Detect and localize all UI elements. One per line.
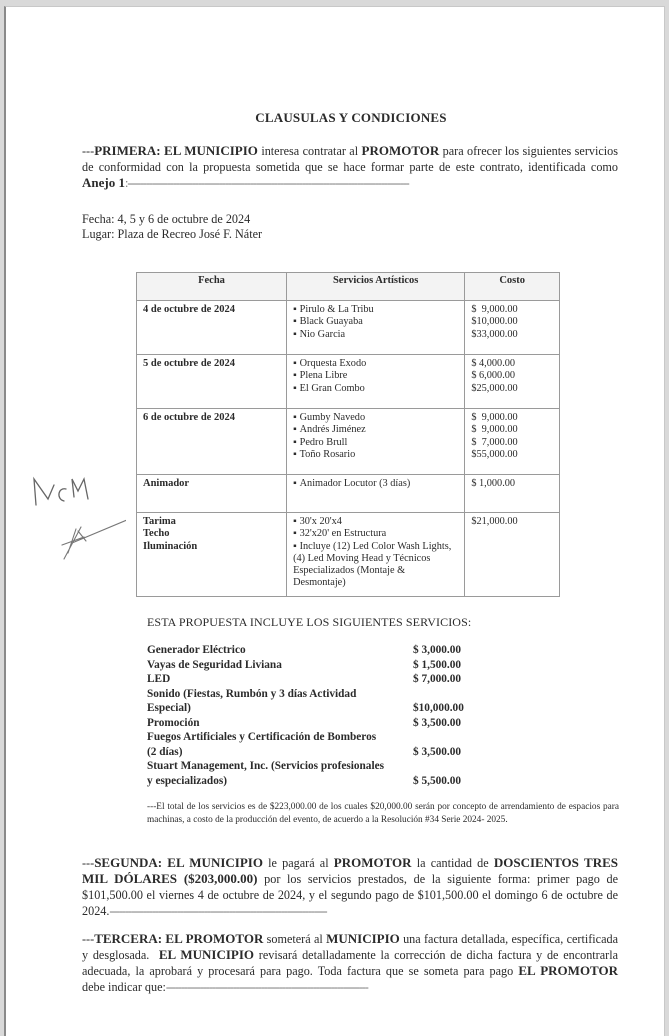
service-item: El Gran Combo (293, 383, 458, 395)
cost-value: $ 7,000.00 (471, 437, 553, 449)
item-price: $ 3,500.00 (413, 745, 477, 760)
item-price: $10,000.00 (413, 701, 477, 716)
row-services: Orquesta Exodo Plena Libre El Gran Combo (287, 355, 465, 409)
party-name: EL MUNICIPIO (159, 947, 254, 962)
service-item: Incluye (12) Led Color Wash Lights, (4) … (293, 541, 458, 590)
anejo-reference: Anejo 1 (82, 175, 125, 190)
row-date: 6 de octubre de 2024 (137, 409, 287, 475)
page-title: CLAUSULAS Y CONDICIONES (6, 110, 669, 126)
cost-value: $ 6,000.00 (471, 370, 553, 382)
document-page: CLAUSULAS Y CONDICIONES ---PRIMERA: EL M… (4, 6, 665, 1023)
item-name: Stuart Management, Inc. (Servicios profe… (147, 759, 387, 788)
list-item: Fuegos Artificiales y Certificación de B… (147, 730, 477, 759)
signature-mark (62, 517, 126, 559)
item-name: Vayas de Seguridad Liviana (147, 658, 387, 673)
column-header-servicios: Servicios Artísticos (287, 273, 465, 301)
list-item: Generador Eléctrico$ 3,000.00 (147, 643, 477, 658)
row-date: Tarima Techo Iluminación (137, 513, 287, 597)
services-table: Fecha Servicios Artísticos Costo 4 de oc… (136, 272, 560, 597)
event-date: Fecha: 4, 5 y 6 de octubre de 2024 (82, 212, 250, 227)
fill-dashes: ----------------------------------------… (109, 904, 326, 918)
total-note: ---El total de los servicios es de $223,… (147, 801, 619, 826)
item-price: $ 3,500.00 (413, 716, 477, 731)
row-date-line: Techo (143, 528, 280, 540)
party-name: EL MUNICIPIO (164, 143, 258, 158)
row-date: 4 de octubre de 2024 (137, 301, 287, 355)
row-date-line: Tarima (143, 516, 280, 528)
table-row: Tarima Techo Iluminación 30'x 20'x4 32'x… (137, 513, 560, 597)
item-name: LED (147, 672, 387, 687)
list-item: Stuart Management, Inc. (Servicios profe… (147, 759, 477, 788)
service-item: Toño Rosario (293, 449, 458, 461)
service-item: 32'x20' en Estructura (293, 528, 458, 540)
row-costs: $ 1,000.00 (465, 475, 560, 513)
cost-value: $ 9,000.00 (471, 412, 553, 424)
item-name: Fuegos Artificiales y Certificación de B… (147, 730, 387, 759)
table-row: Animador Animador Locutor (3 días) $ 1,0… (137, 475, 560, 513)
list-item: Vayas de Seguridad Liviana$ 1,500.00 (147, 658, 477, 673)
table-row: 6 de octubre de 2024 Gumby Navedo Andrés… (137, 409, 560, 475)
table-row: 4 de octubre de 2024 Pirulo & La Tribu B… (137, 301, 560, 355)
row-costs: $ 9,000.00 $ 9,000.00 $ 7,000.00 $55,000… (465, 409, 560, 475)
item-name: Sonido (Fiestas, Rumbón y 3 días Activid… (147, 687, 387, 716)
clause-label: PRIMERA: (94, 143, 160, 158)
service-item: Pirulo & La Tribu (293, 304, 458, 316)
cost-value: $33,000.00 (471, 329, 553, 341)
cost-value: $ 9,000.00 (471, 424, 553, 436)
clause-text: someterá al (263, 932, 326, 946)
column-header-costo: Costo (465, 273, 560, 301)
service-item: Andrés Jiménez (293, 424, 458, 436)
party-name: EL PROMOTOR (165, 931, 263, 946)
clause-label: TERCERA: (94, 931, 162, 946)
event-location: Lugar: Plaza de Recreo José F. Náter (82, 227, 262, 242)
item-price: $ 5,500.00 (413, 774, 477, 789)
clause-text: la cantidad de (412, 856, 494, 870)
service-item: 30'x 20'x4 (293, 516, 458, 528)
clause-segunda: ---SEGUNDA: EL MUNICIPIO le pagará al PR… (82, 855, 618, 919)
item-name: Promoción (147, 716, 387, 731)
cost-value: $21,000.00 (471, 516, 553, 528)
cost-value: $ 1,000.00 (471, 478, 553, 490)
cost-value: $25,000.00 (471, 383, 553, 395)
table-row: 5 de octubre de 2024 Orquesta Exodo Plen… (137, 355, 560, 409)
item-price: $ 7,000.00 (413, 672, 477, 687)
service-item: Gumby Navedo (293, 412, 458, 424)
service-item: Black Guayaba (293, 316, 458, 328)
party-name: MUNICIPIO (326, 931, 400, 946)
item-name: Generador Eléctrico (147, 643, 387, 658)
party-name: PROMOTOR (334, 855, 412, 870)
party-name: EL MUNICIPIO (167, 855, 263, 870)
row-services: Animador Locutor (3 días) (287, 475, 465, 513)
includes-list: Generador Eléctrico$ 3,000.00 Vayas de S… (147, 643, 477, 788)
service-item: Animador Locutor (3 días) (293, 478, 458, 490)
list-item: Sonido (Fiestas, Rumbón y 3 días Activid… (147, 687, 477, 716)
lead-dashes: --- (82, 856, 94, 870)
party-name: PROMOTOR (362, 143, 440, 158)
row-costs: $ 9,000.00 $10,000.00 $33,000.00 (465, 301, 560, 355)
service-item: Pedro Brull (293, 437, 458, 449)
fill-dashes: :---------------------------------------… (125, 176, 409, 190)
clause-text: le pagará al (263, 856, 334, 870)
item-price: $ 3,000.00 (413, 643, 477, 658)
handwritten-initials-and-signature (26, 467, 126, 567)
row-date-line: Iluminación (143, 541, 280, 553)
column-header-fecha: Fecha (137, 273, 287, 301)
row-date: 5 de octubre de 2024 (137, 355, 287, 409)
lead-dashes: --- (82, 932, 94, 946)
clause-primera: ---PRIMERA: EL MUNICIPIO interesa contra… (82, 143, 618, 191)
cost-value: $ 4,000.00 (471, 358, 553, 370)
clause-text: interesa contratar al (258, 144, 362, 158)
row-services: 30'x 20'x4 32'x20' en Estructura Incluye… (287, 513, 465, 597)
clause-tercera: ---TERCERA: EL PROMOTOR someterá al MUNI… (82, 931, 618, 995)
list-item: Promoción$ 3,500.00 (147, 716, 477, 731)
list-item: LED$ 7,000.00 (147, 672, 477, 687)
includes-title: ESTA PROPUESTA INCLUYE LOS SIGUIENTES SE… (147, 615, 471, 630)
item-price: $ 1,500.00 (413, 658, 477, 673)
party-name: EL PROMOTOR (518, 963, 618, 978)
lead-dashes: --- (82, 144, 94, 158)
service-item: Nio Garcia (293, 329, 458, 341)
table-header-row: Fecha Servicios Artísticos Costo (137, 273, 560, 301)
row-date: Animador (137, 475, 287, 513)
fill-dashes: ----------------------------------------… (166, 980, 368, 994)
cost-value: $10,000.00 (471, 316, 553, 328)
cost-value: $ 9,000.00 (471, 304, 553, 316)
cost-value: $55,000.00 (471, 449, 553, 461)
service-item: Orquesta Exodo (293, 358, 458, 370)
row-costs: $ 4,000.00 $ 6,000.00 $25,000.00 (465, 355, 560, 409)
initials-mark (34, 479, 88, 505)
row-services: Gumby Navedo Andrés Jiménez Pedro Brull … (287, 409, 465, 475)
row-services: Pirulo & La Tribu Black Guayaba Nio Garc… (287, 301, 465, 355)
row-costs: $21,000.00 (465, 513, 560, 597)
service-item: Plena Libre (293, 370, 458, 382)
clause-label: SEGUNDA: (94, 855, 162, 870)
